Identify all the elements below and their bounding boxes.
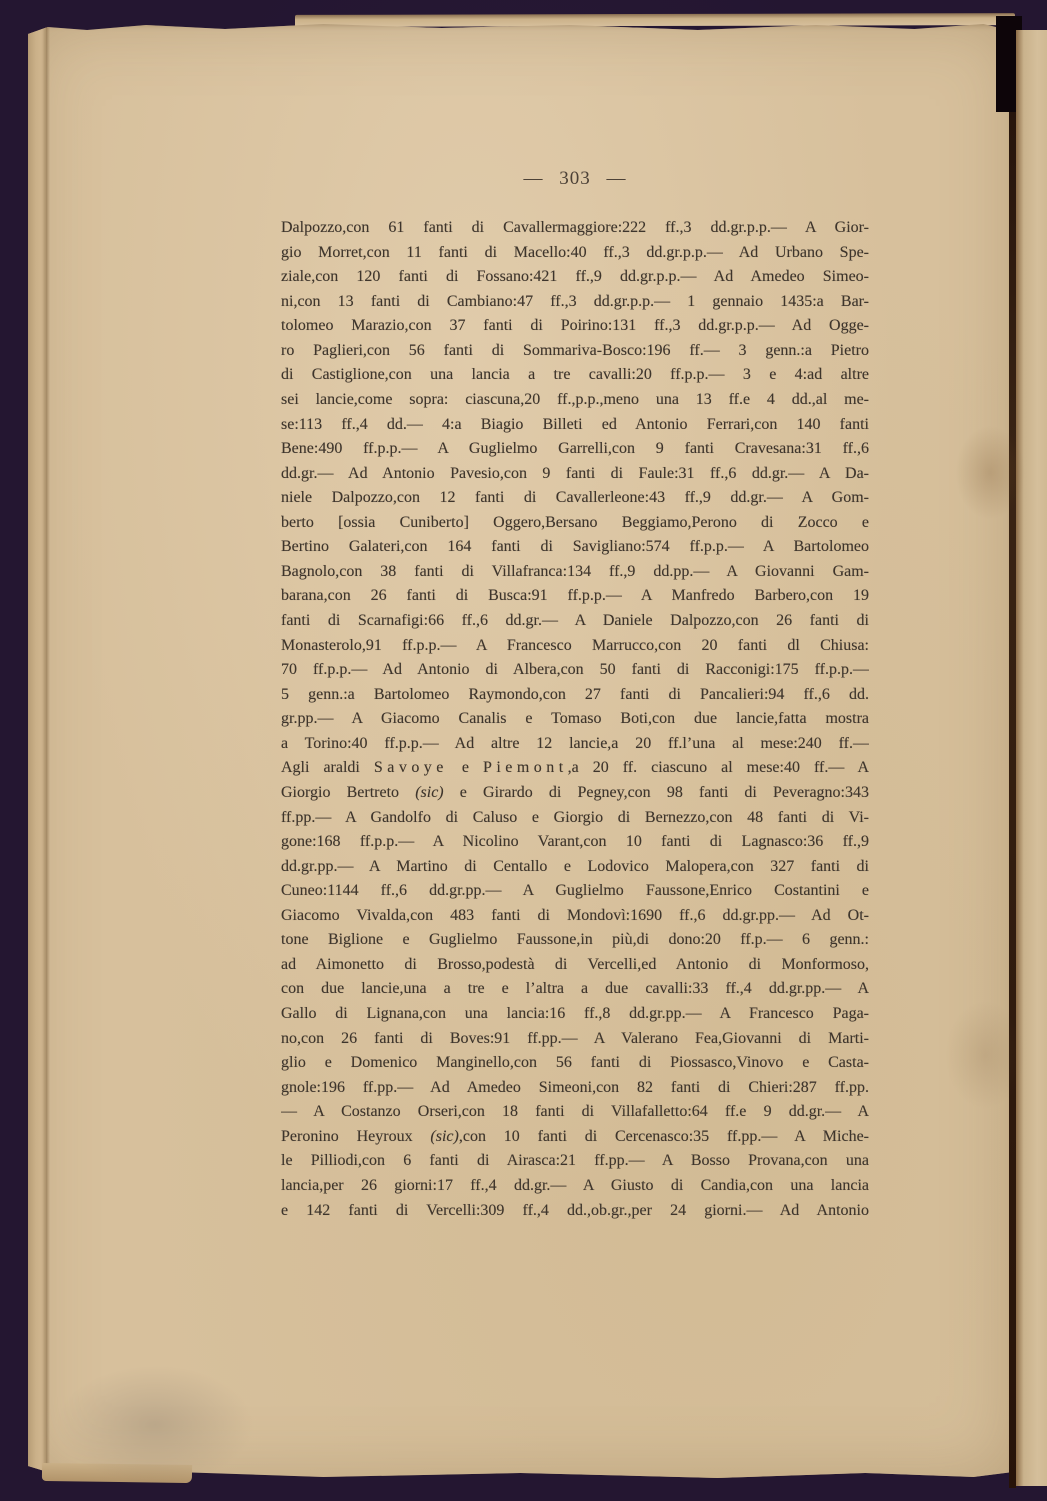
text-line: gr.pp.— A Giacomo Canalis e Tomaso Boti,…	[281, 707, 869, 732]
text-line: Giacomo Vivalda,con 483 fanti di Mondovì…	[281, 904, 869, 929]
text-line: Peronino Heyroux (sic),con 10 fanti di C…	[281, 1125, 869, 1150]
text-line: ad Aimonetto di Brosso,podestà di Vercel…	[281, 953, 869, 978]
deckle-left-edge	[28, 22, 46, 1480]
text-line: Giorgio Bertreto (sic) e Girardo di Pegn…	[281, 781, 869, 806]
text-line: berto [ossia Cuniberto] Oggero,Bersano B…	[281, 511, 869, 536]
next-page-edge	[1016, 30, 1047, 1486]
text-line: ff.pp.— A Gandolfo di Caluso e Giorgio d…	[281, 806, 869, 831]
text-line: Dalpozzo,con 61 fanti di Cavallermaggior…	[281, 216, 869, 241]
text-line: Bertino Galateri,con 164 fanti di Savigl…	[281, 535, 869, 560]
text-line: tolomeo Marazio,con 37 fanti di Poirino:…	[281, 314, 869, 339]
text-line: Agli araldi Savoye e Piemont,a 20 ff. ci…	[281, 756, 869, 781]
text-line: a Torino:40 ff.p.p.— Ad altre 12 lancie,…	[281, 732, 869, 757]
page-number: — 303 —	[281, 168, 869, 190]
text-line: lancia,per 26 giorni:17 ff.,4 dd.gr.— A …	[281, 1174, 869, 1199]
text-line: e 142 fanti di Vercelli:309 ff.,4 dd.,ob…	[281, 1199, 869, 1224]
text-line: 70 ff.p.p.— Ad Antonio di Albera,con 50 …	[281, 658, 869, 683]
text-line: barana,con 26 fanti di Busca:91 ff.p.p.—…	[281, 584, 869, 609]
text-line: con due lancie,una a tre e l’altra a due…	[281, 977, 869, 1002]
left-crease-line	[46, 22, 50, 1480]
text-line: Gallo di Lignana,con una lancia:16 ff.,8…	[281, 1002, 869, 1027]
letterspaced-text: Piemont	[483, 759, 568, 776]
text-line: dd.gr.— Ad Antonio Pavesio,con 9 fanti d…	[281, 462, 869, 487]
text-line: Monasterolo,91 ff.p.p.— A Francesco Marr…	[281, 634, 869, 659]
text-line: tone Biglione e Guglielmo Faussone,in pi…	[281, 928, 869, 953]
text-line: ziale,con 120 fanti di Fossano:421 ff.,9…	[281, 265, 869, 290]
text-line: gone:168 ff.p.p.— A Nicolino Varant,con …	[281, 830, 869, 855]
text-line: le Pilliodi,con 6 fanti di Airasca:21 ff…	[281, 1149, 869, 1174]
text-line: no,con 26 fanti di Boves:91 ff.pp.— A Va…	[281, 1027, 869, 1052]
text-line: Bene:490 ff.p.p.— A Guglielmo Garrelli,c…	[281, 437, 869, 462]
text-line: ro Paglieri,con 56 fanti di Sommariva-Bo…	[281, 339, 869, 364]
text-line: dd.gr.pp.— A Martino di Centallo e Lodov…	[281, 855, 869, 880]
text-segment: Agli araldi	[281, 759, 374, 776]
italic-text: (sic)	[430, 1128, 458, 1145]
text-line: se:113 ff.,4 dd.— 4:a Biagio Billeti ed …	[281, 413, 869, 438]
text-line: niele Dalpozzo,con 12 fanti di Cavallerl…	[281, 486, 869, 511]
text-line: — A Costanzo Orseri,con 18 fanti di Vill…	[281, 1100, 869, 1125]
text-block: Dalpozzo,con 61 fanti di Cavallermaggior…	[281, 216, 869, 1223]
text-line: fanti di Scarnafigi:66 ff.,6 dd.gr.— A D…	[281, 609, 869, 634]
text-line: sei lancie,come sopra: ciascuna,20 ff.,p…	[281, 388, 869, 413]
text-segment: e Girardo di Pegney,con 98 fanti di Peve…	[444, 784, 869, 801]
letterspaced-text: Savoye	[374, 759, 448, 776]
text-line: Bagnolo,con 38 fanti di Villafranca:134 …	[281, 560, 869, 585]
text-line: Cuneo:1144 ff.,6 dd.gr.pp.— A Guglielmo …	[281, 879, 869, 904]
bottom-left-under-page-corner	[42, 1463, 192, 1483]
top-pages-fore-edge	[295, 13, 1015, 27]
text-segment: Giorgio Bertreto	[281, 784, 415, 801]
text-segment: ,a 20 ff. ciascuno al mese:40 ff.— A	[568, 759, 869, 776]
text-segment: ,con 10 fanti di Cercenasco:35 ff.pp.— A…	[459, 1128, 869, 1145]
text-segment: e	[448, 759, 483, 776]
italic-text: (sic)	[415, 784, 443, 801]
fore-edge-gap	[1009, 18, 1016, 1488]
text-line: gio Morret,con 11 fanti di Macello:40 ff…	[281, 241, 869, 266]
text-line: di Castiglione,con una lancia a tre cava…	[281, 363, 869, 388]
text-line: ni,con 13 fanti di Cambiano:47 ff.,3 dd.…	[281, 290, 869, 315]
text-line: glio e Domenico Manginello,con 56 fanti …	[281, 1051, 869, 1076]
text-line: 5 genn.:a Bartolomeo Raymondo,con 27 fan…	[281, 683, 869, 708]
text-line: gnole:196 ff.pp.— Ad Amedeo Simeoni,con …	[281, 1076, 869, 1101]
text-segment: Peronino Heyroux	[281, 1128, 430, 1145]
